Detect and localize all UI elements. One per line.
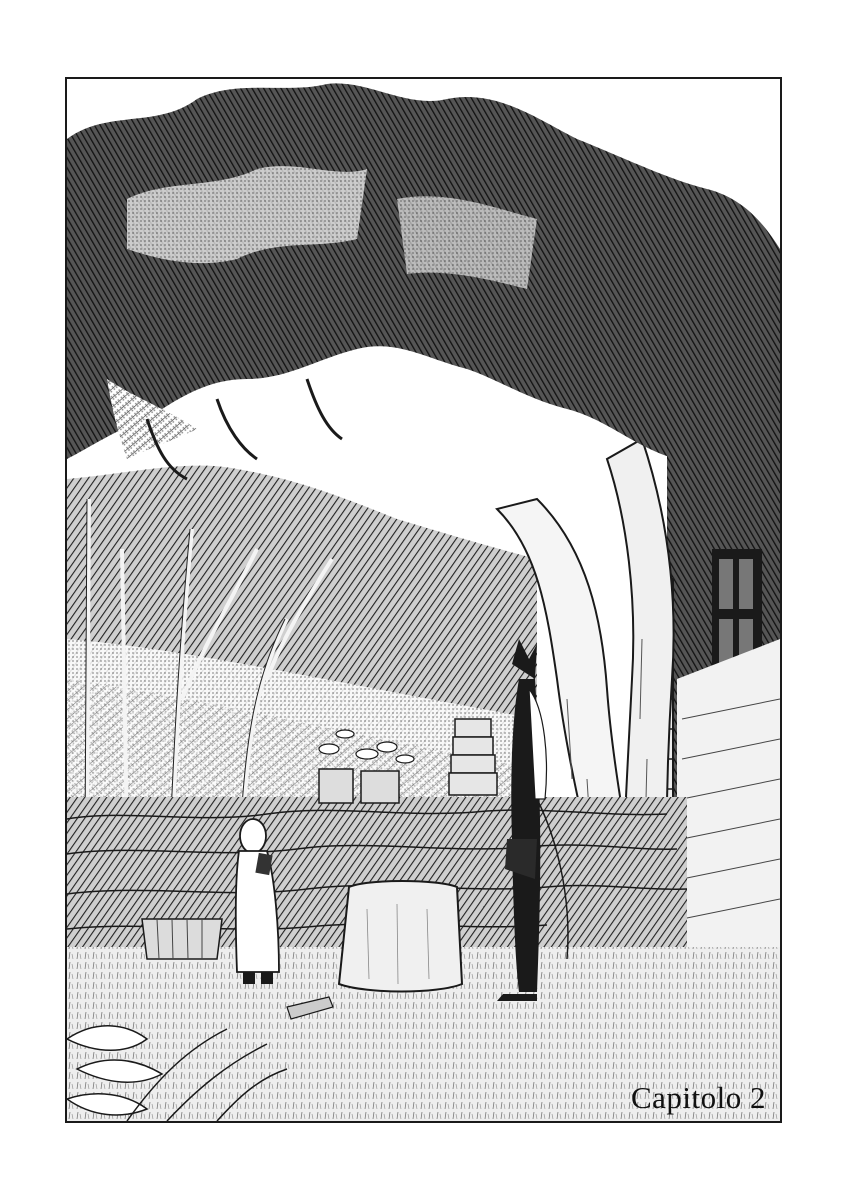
illustration-panel: Capitolo 2: [65, 77, 782, 1123]
stacked-pots: [449, 719, 497, 795]
tree-stump: [339, 881, 462, 992]
chapter-caption: Capitolo 2: [631, 1082, 766, 1113]
scene-illustration: [67, 79, 780, 1121]
manga-page: Capitolo 2: [0, 0, 842, 1200]
wooden-bucket: [142, 919, 222, 959]
